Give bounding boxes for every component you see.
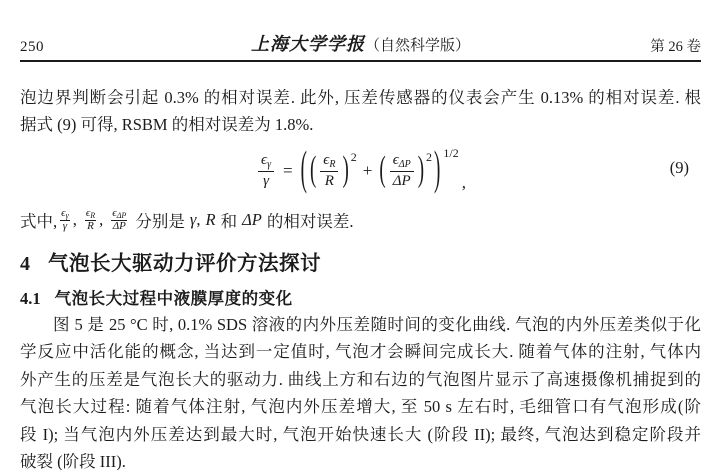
math-deltaP: ΔP	[242, 210, 262, 230]
comma: ,	[73, 210, 77, 230]
math-sub-R: R	[90, 211, 95, 220]
math-R: R	[87, 221, 94, 233]
running-header: 250 上海大学学报（自然科学版） 第 26 卷	[20, 34, 701, 58]
math-sub-gamma: γ	[66, 211, 69, 220]
math-sub-deltaP: ΔP	[399, 159, 411, 170]
math-R: R	[325, 172, 334, 190]
equation-number: (9)	[670, 158, 689, 178]
math-gamma: γ	[263, 172, 269, 190]
inner-left-paren: (	[310, 150, 316, 192]
outer-left-paren: (	[301, 144, 307, 199]
journal-page: 250 上海大学学报（自然科学版） 第 26 卷 泡边界判断会引起 0.3% 的…	[0, 0, 720, 470]
text-line: 据式 (9) 可得, RSBM 的相对误差为 1.8%.	[20, 111, 701, 138]
text-line: 外产生的压差是气泡长大的驱动力. 曲线上方和右边的气泡图片显示了高速摄像机捕捉到…	[20, 366, 701, 393]
header-rule	[20, 60, 701, 62]
fraction-numerator: ϵΔP	[111, 208, 127, 221]
inline-fraction-eps-dP: ϵΔP ΔP	[111, 208, 127, 233]
where-mid-text: 分别是	[135, 208, 185, 232]
section-heading-4: 4气泡长大驱动力评价方法探讨	[20, 246, 321, 276]
text-line: 泡边界判断会引起 0.3% 的相对误差. 此外, 压差传感器的仪表会产生 0.1…	[20, 84, 701, 111]
fraction-numerator: ϵΔP	[390, 152, 414, 173]
fraction-numerator: ϵγ	[258, 152, 274, 173]
equation-9-row: ϵγ γ = ( ( ϵR R ) 2 + ( ϵΔP ΔP ) 2 ) 1/2…	[20, 143, 701, 199]
subsection-number: 4.1	[20, 289, 41, 308]
text-line: 破裂 (阶段 III).	[20, 448, 701, 470]
section-title: 气泡长大驱动力评价方法探讨	[48, 252, 321, 275]
subsection-title: 气泡长大过程中液膜厚度的变化	[55, 290, 293, 308]
comma: ,	[99, 210, 103, 230]
plus-sign: +	[363, 161, 373, 181]
math-deltaP: ΔP	[393, 172, 411, 190]
fraction-numerator: ϵR	[320, 152, 338, 173]
volume-label: 第 26 卷	[650, 35, 701, 56]
math-sub-R: R	[329, 159, 335, 170]
equation-9: ϵγ γ = ( ( ϵR R ) 2 + ( ϵΔP ΔP ) 2 ) 1/2…	[255, 152, 466, 191]
journal-title: 上海大学学报（自然科学版）	[20, 30, 701, 56]
fraction-eps-R: ϵR R	[320, 152, 338, 191]
fraction-eps-gamma: ϵγ γ	[258, 152, 274, 191]
text-line: 段 I); 当气泡内外压差达到最大时, 气泡开始快速长大 (阶段 II); 最终…	[20, 421, 701, 448]
exponent-one-half: 1/2	[443, 146, 458, 161]
comma: ,	[196, 210, 200, 230]
math-deltaP: ΔP	[113, 221, 126, 233]
paragraph-figure5-discussion: 图 5 是 25 °C 时, 0.1% SDS 溶液的内外压差随时间的变化曲线.…	[20, 311, 701, 470]
math-R: R	[205, 210, 215, 230]
math-sub-deltaP: ΔP	[117, 211, 127, 220]
inner-right-paren: )	[418, 150, 424, 192]
fraction-eps-dP: ϵΔP ΔP	[390, 152, 414, 191]
text-line: 气泡长大过程: 随着气体注射, 气泡内外压差增大, 至 50 s 左右时, 毛细…	[20, 393, 701, 420]
inner-left-paren: (	[379, 150, 385, 192]
section-number: 4	[20, 253, 30, 275]
text-line: 图 5 是 25 °C 时, 0.1% SDS 溶液的内外压差随时间的变化曲线.…	[20, 311, 701, 338]
fraction-numerator: ϵγ	[60, 208, 70, 221]
exponent-2: 2	[426, 150, 432, 165]
inline-fraction-eps-R: ϵR R	[85, 208, 96, 233]
text-line: 学反应中活化能的概念, 当达到一定值时, 气泡才会瞬间完成长大. 随着气体的注射…	[20, 338, 701, 365]
where-prefix: 式中,	[20, 208, 57, 232]
exponent-2: 2	[351, 150, 357, 165]
equation-where-line: 式中, ϵγ γ , ϵR R , ϵΔP ΔP 分别是 γ , R 和 ΔP …	[20, 204, 701, 236]
equation-comma: ,	[462, 173, 466, 193]
where-and-text: 和	[221, 208, 238, 232]
journal-edition: （自然科学版）	[365, 38, 470, 54]
paragraph-error-analysis: 泡边界判断会引起 0.3% 的相对误差. 此外, 压差传感器的仪表会产生 0.1…	[20, 84, 701, 139]
math-sub-gamma: γ	[267, 159, 271, 170]
subsection-heading-4-1: 4.1气泡长大过程中液膜厚度的变化	[20, 285, 293, 309]
fraction-numerator: ϵR	[85, 208, 96, 221]
journal-name: 上海大学学报	[251, 34, 365, 54]
equals-sign: =	[283, 161, 293, 181]
inline-fraction-eps-gamma: ϵγ γ	[60, 208, 70, 233]
where-suffix-text: 的相对误差.	[267, 208, 354, 232]
inner-right-paren: )	[342, 150, 348, 192]
outer-right-paren: )	[434, 144, 440, 199]
math-gamma: γ	[63, 221, 67, 233]
